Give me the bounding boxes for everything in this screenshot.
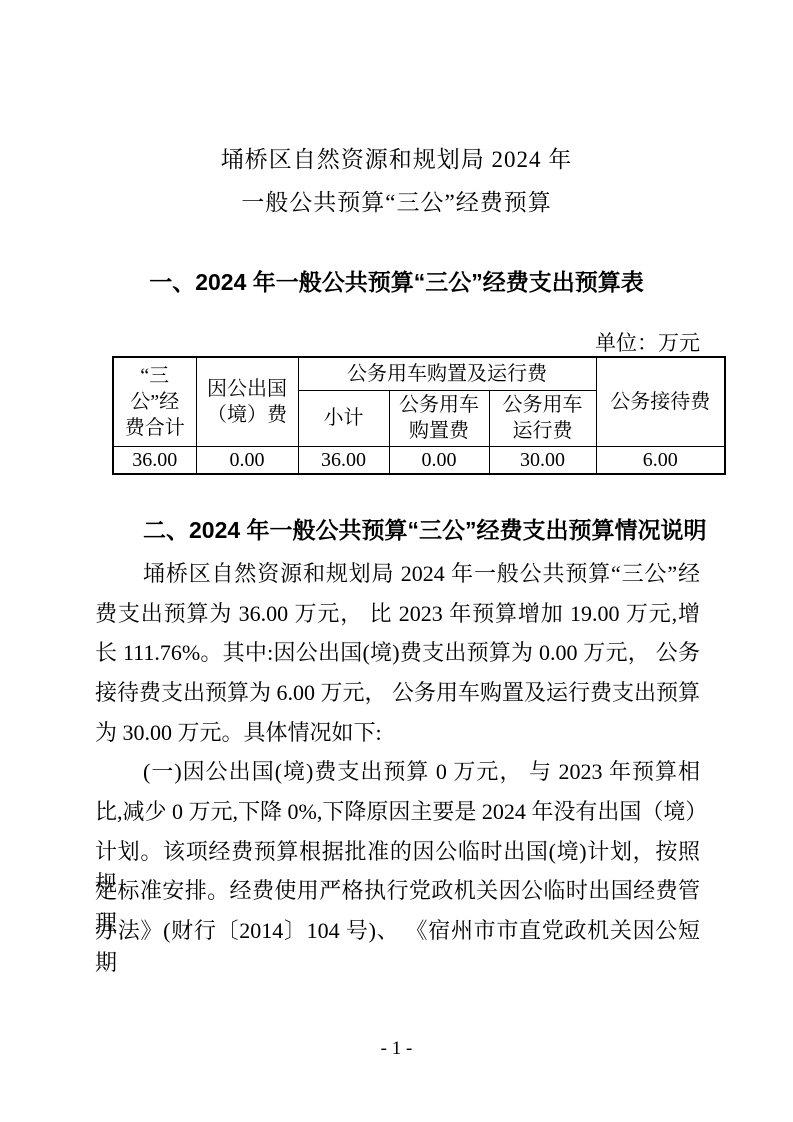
section1-heading: 一、2024 年一般公共预算“三公”经费支出预算表 bbox=[0, 266, 793, 298]
value-cell-vehicle-purchase: 0.00 bbox=[389, 446, 489, 474]
header-cell-abroad: 因公出国 （境）费 bbox=[196, 357, 298, 446]
document-title-line2: 一般公共预算“三公”经费预算 bbox=[0, 186, 793, 220]
body-line: 办法》(财行〔2014〕104 号)、 《宿州市市直党政机关因公短期 bbox=[95, 915, 700, 979]
body-line: (一)因公出国(境)费支出预算 0 万元， 与 2023 年预算相 bbox=[95, 756, 700, 788]
body-line: 费支出预算为 36.00 万元， 比 2023 年预算增加 19.00 万元,增 bbox=[95, 598, 700, 630]
body-line: 长 111.76%。其中:因公出国(境)费支出预算为 0.00 万元， 公务 bbox=[95, 637, 700, 669]
body-line: 比,减少 0 万元,下降 0%,下降原因主要是 2024 年没有出国（境） bbox=[95, 796, 700, 828]
table-unit-label: 单位：万元 bbox=[595, 330, 700, 356]
header-cell-reception: 公务接待费 bbox=[596, 357, 725, 446]
header-cell-total: “三 公”经 费合计 bbox=[113, 357, 196, 446]
document-page: 埇桥区自然资源和规划局 2024 年 一般公共预算“三公”经费预算 一、2024… bbox=[0, 0, 793, 1122]
body-line: 为 30.00 万元。具体情况如下: bbox=[95, 717, 700, 749]
header-cell-vehicle-operation: 公务用车 运行费 bbox=[489, 390, 596, 446]
value-cell-vehicle-subtotal: 36.00 bbox=[298, 446, 389, 474]
body-line: 埇桥区自然资源和规划局 2024 年一般公共预算“三公”经 bbox=[95, 558, 700, 590]
header-cell-vehicle-group: 公务用车购置及运行费 bbox=[298, 357, 596, 390]
document-title-line1: 埇桥区自然资源和规划局 2024 年 bbox=[0, 143, 793, 177]
table-row: 36.00 0.00 36.00 0.00 30.00 6.00 bbox=[113, 446, 725, 474]
value-cell-total: 36.00 bbox=[113, 446, 196, 474]
value-cell-reception: 6.00 bbox=[596, 446, 725, 474]
body-line: 接待费支出预算为 6.00 万元， 公务用车购置及运行费支出预算 bbox=[95, 677, 700, 709]
header-cell-vehicle-subtotal: 小计 bbox=[298, 390, 389, 446]
value-cell-abroad: 0.00 bbox=[196, 446, 298, 474]
value-cell-vehicle-operation: 30.00 bbox=[489, 446, 596, 474]
header-cell-vehicle-purchase: 公务用车 购置费 bbox=[389, 390, 489, 446]
three-public-expenses-table: “三 公”经 费合计 因公出国 （境）费 公务用车购置及运行费 公务接待费 小计… bbox=[112, 356, 726, 475]
section2-heading: 二、2024 年一般公共预算“三公”经费支出预算情况说明 bbox=[95, 514, 745, 546]
page-number: - 1 - bbox=[0, 1037, 793, 1061]
